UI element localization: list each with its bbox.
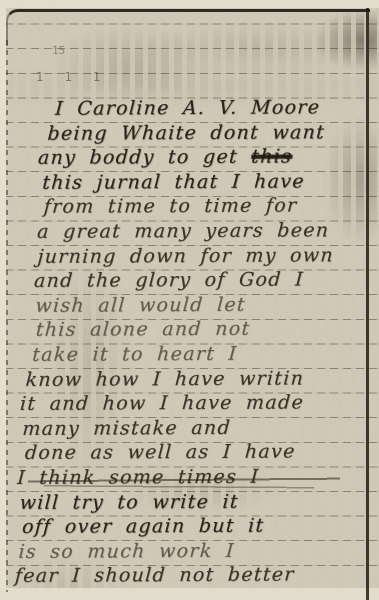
handwritten-line: from time to time for <box>43 193 379 219</box>
handwritten-line: is so much work I <box>18 538 367 564</box>
scan-edge-top <box>0 0 379 8</box>
handwritten-line: jurning down for my own <box>37 243 379 269</box>
handwritten-line: being Whaite dont want <box>47 120 379 146</box>
pencil-mark-ticks: 1 1 1 <box>36 70 107 84</box>
handwritten-line: off over again but it <box>21 513 368 539</box>
handwritten-line: fear I should not better <box>14 562 365 588</box>
scanned-letter-page: 15 1 1 1 I Caroline A. V. Moore being Wh… <box>0 0 379 600</box>
handwritten-line: done as well as I have <box>24 439 373 465</box>
handwritten-line: know how I have writin <box>25 366 378 392</box>
handwritten-text-block: I Caroline A. V. Moore being Whaite dont… <box>0 95 379 589</box>
handwritten-line: it and how I have made <box>19 390 376 416</box>
scan-border-top <box>6 9 370 46</box>
handwritten-line: a great many years been <box>36 218 379 244</box>
pencil-mark-number: 15 <box>52 44 65 57</box>
handwritten-line: and the glory of God I <box>33 267 379 293</box>
handwritten-line: any boddy to get this <box>37 144 379 170</box>
handwritten-line: this jurnal that I have <box>42 169 379 195</box>
handwritten-line: take it to heart I <box>31 341 379 367</box>
handwritten-line: many mistake and <box>22 415 375 441</box>
struck-out-word: this <box>251 146 293 168</box>
handwritten-line: this alone and not <box>35 316 379 342</box>
handwritten-line: wish all would let <box>35 292 379 318</box>
handwritten-line: will try to write it <box>19 489 370 515</box>
scan-edge-bottom <box>0 588 379 600</box>
handwritten-line: I Caroline A. V. Moore <box>54 95 379 121</box>
